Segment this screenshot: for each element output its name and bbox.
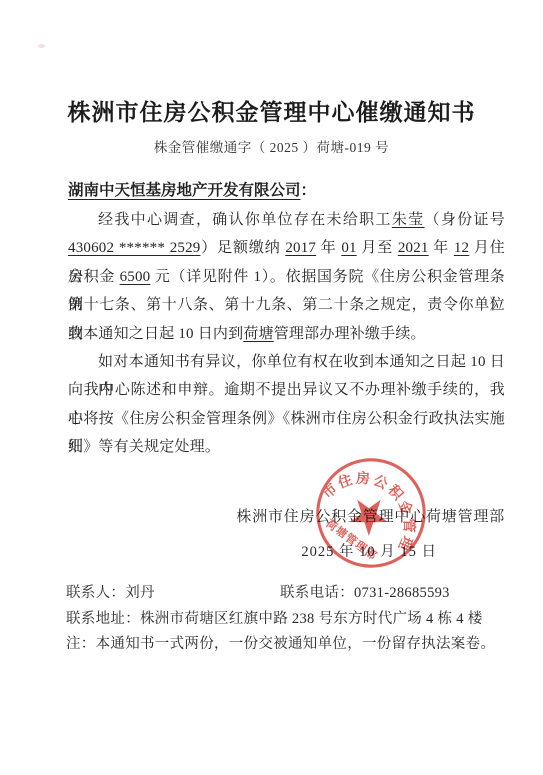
- text-segment: 则》等有关规定处理。: [68, 439, 220, 455]
- page-title: 株洲市住房公积金管理中心催缴通知书: [0, 94, 543, 127]
- text-segment: ）足额缴纳: [201, 240, 286, 256]
- body-paragraphs: 经我中心调查，确认你单位存在未给职工朱莹（身份证号430602 ****** 2…: [68, 206, 505, 462]
- text-segment: （身份证号: [425, 212, 506, 228]
- underlined-field: 2017: [285, 240, 316, 256]
- contact-person: 联系人：刘丹: [66, 581, 280, 606]
- underlined-field: 朱莹: [392, 212, 425, 228]
- contact-phone: 联系电话：0731-28685593: [280, 581, 450, 606]
- text-line: 第十七条、第十八条、第十九条、第二十条之规定，责令你单位收: [68, 291, 505, 319]
- text-segment: 公积金: [68, 269, 120, 285]
- underlined-field: 6500: [120, 269, 151, 285]
- text-line: 公积金 6500 元（详见附件 1）。依据国务院《住房公积金管理条例》: [68, 263, 505, 291]
- text-segment: 管理部办理补缴手续。: [274, 326, 426, 342]
- text-segment: 到本通知之日起 10 日内到: [68, 326, 243, 342]
- contact-row: 联系人：刘丹 联系电话：0731-28685593: [66, 581, 513, 606]
- scan-artifact: [38, 44, 45, 48]
- text-line: 如对本通知书有异议，你单位有权在收到本通知之日起 10 日内: [68, 348, 505, 376]
- signature-date: 2025 年 10 月 15 日: [236, 540, 437, 561]
- copies-note: 注：本通知书一式两份，一份交被通知单位，一份留存执法案卷。: [66, 632, 513, 657]
- underlined-field: 01: [341, 240, 356, 256]
- text-segment: 年: [316, 240, 341, 256]
- underlined-field: 2021: [398, 240, 429, 256]
- text-line: 到本通知之日起 10 日内到荷塘管理部办理补缴手续。: [68, 320, 505, 348]
- text-line: 向我中心陈述和申辩。逾期不提出异议又不办理补缴手续的，我中: [68, 376, 505, 404]
- text-line: 则》等有关规定处理。: [68, 433, 505, 461]
- underlined-field: 12: [454, 240, 469, 256]
- text-segment: 月至: [357, 240, 398, 256]
- text-line: 心将按《住房公积金管理条例》《株洲市住房公积金行政执法实施细: [68, 405, 505, 433]
- addressee-line: 湖南中天恒基房地产开发有限公司：: [68, 178, 505, 200]
- addressee-name: 湖南中天恒基房地产开发有限公司: [68, 182, 301, 199]
- footer-block: 联系人：刘丹 联系电话：0731-28685593 联系地址：株洲市荷塘区红旗中…: [66, 581, 513, 657]
- document-page: 株洲市住房公积金管理中心催缴通知书 株金管催缴通字（ 2025 ）荷塘-019 …: [0, 0, 543, 775]
- text-segment: 年: [429, 240, 454, 256]
- text-segment: 经我中心调查，确认你单位存在未给职工: [98, 212, 392, 228]
- document-number: 株金管催缴通字（ 2025 ）荷塘-019 号: [0, 136, 543, 156]
- addressee-colon: ：: [301, 182, 317, 199]
- contact-address: 联系地址：株洲市荷塘区红旗中路 238 号东方时代广场 4 栋 4 楼: [66, 607, 513, 632]
- text-line: 经我中心调查，确认你单位存在未给职工朱莹（身份证号: [68, 206, 505, 234]
- signature-block: 株洲市住房公积金管理中心荷塘管理部 2025 年 10 月 15 日: [236, 505, 505, 561]
- text-line: 430602 ****** 2529）足额缴纳 2017 年 01 月至 202…: [68, 234, 505, 262]
- signature-org: 株洲市住房公积金管理中心荷塘管理部: [236, 505, 505, 526]
- underlined-field: 荷塘: [243, 326, 273, 342]
- underlined-field: 430602 ****** 2529: [68, 240, 201, 256]
